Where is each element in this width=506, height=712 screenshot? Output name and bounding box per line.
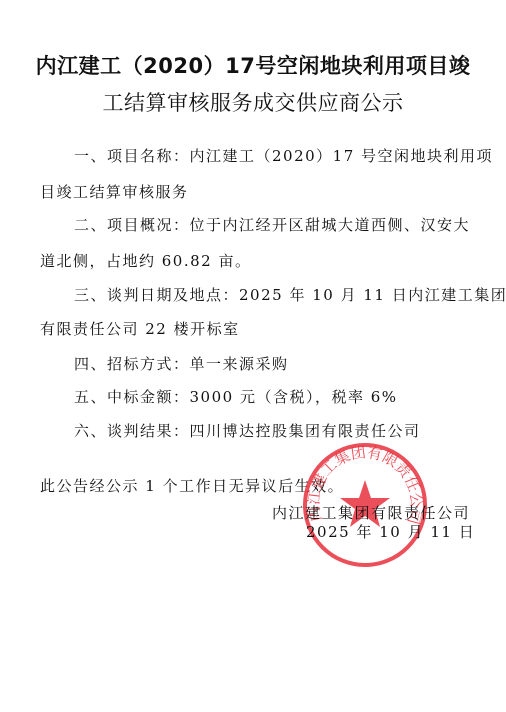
item-4: 四、招标方式：单一来源采购 <box>74 353 289 374</box>
item-2-line-1: 二、项目概况：位于内江经开区甜城大道西侧、汉安大 <box>74 214 470 235</box>
item-3-line-2: 有限责任公司 22 楼开标室 <box>40 318 240 339</box>
item-5: 五、中标金额：3000 元（含税），税率 6% <box>74 386 398 407</box>
item-1-line-2: 目竣工结算审核服务 <box>40 181 189 202</box>
document-title-line-2: 工结算审核服务成交供应商公示 <box>0 87 506 117</box>
item-1-line-1: 一、项目名称：内江建工（2020）17 号空闲地块利用项 <box>74 145 493 166</box>
item-2-line-2: 道北侧，占地约 60.82 亩。 <box>40 250 251 271</box>
notice-text: 此公告经公示 1 个工作日无异议后生效。 <box>40 475 344 496</box>
item-6: 六、谈判结果：四川博达控股集团有限责任公司 <box>74 420 421 441</box>
item-3-line-1: 三、谈判日期及地点：2025 年 10 月 11 日内江建工集团 <box>74 284 506 305</box>
signature-company: 内江建工集团有限责任公司 <box>272 502 470 523</box>
document-title-line-1: 内江建工（2020）17号空闲地块利用项目竣 <box>0 50 506 80</box>
signature-date: 2025 年 10 月 11 日 <box>306 521 475 542</box>
